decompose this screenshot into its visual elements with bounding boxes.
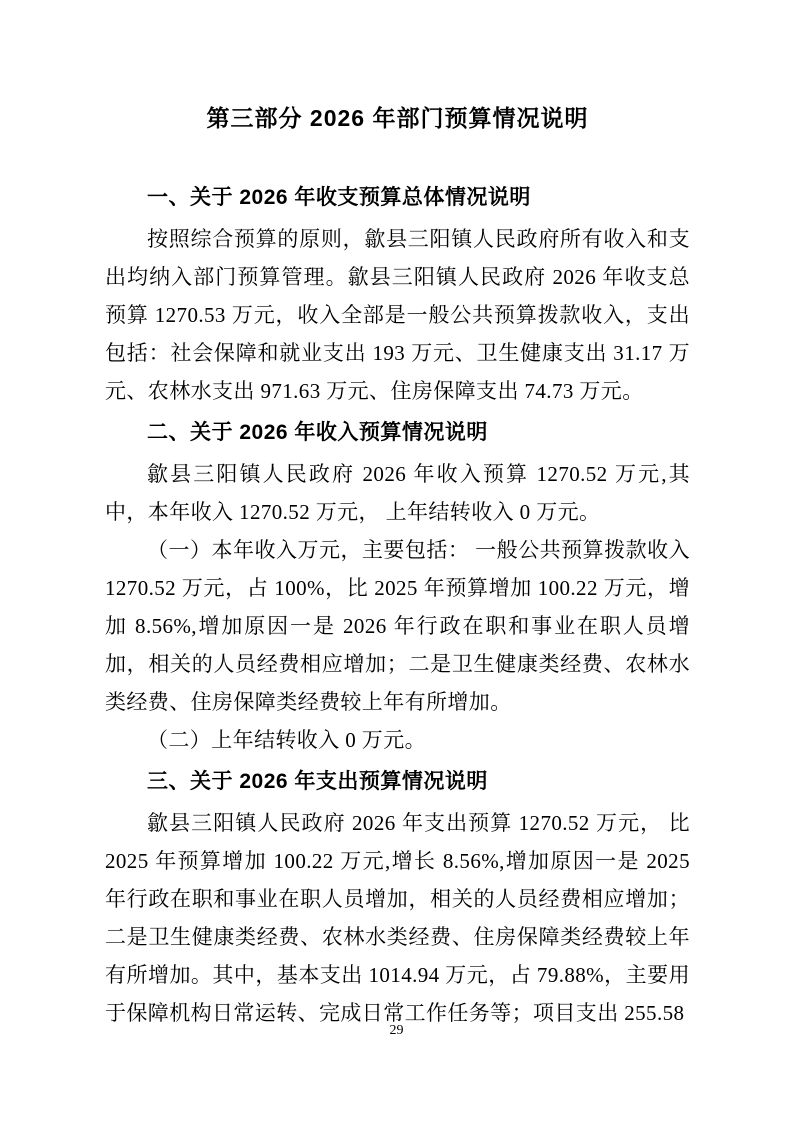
paragraph-income-carryover: （二）上年结转收入 0 万元。	[105, 721, 690, 759]
section-heading-overall: 一、关于 2026 年收支预算总体情况说明	[105, 179, 690, 217]
page-title: 第三部分 2026 年部门预算情况说明	[105, 99, 690, 137]
section-income-budget: 二、关于 2026 年收入预算情况说明 歙县三阳镇人民政府 2026 年收入预算…	[105, 414, 690, 759]
paragraph-income-total: 歙县三阳镇人民政府 2026 年收入预算 1270.52 万元,其中，本年收入 …	[105, 455, 690, 531]
document-page: 第三部分 2026 年部门预算情况说明 一、关于 2026 年收支预算总体情况说…	[0, 0, 793, 1122]
paragraph-overall-budget: 按照综合预算的原则，歙县三阳镇人民政府所有收入和支出均纳入部门预算管理。歙县三阳…	[105, 220, 690, 410]
paragraph-expenditure-total: 歙县三阳镇人民政府 2026 年支出预算 1270.52 万元， 比 2025 …	[105, 804, 690, 1032]
section-heading-expenditure: 三、关于 2026 年支出预算情况说明	[105, 763, 690, 801]
section-overall-budget: 一、关于 2026 年收支预算总体情况说明 按照综合预算的原则，歙县三阳镇人民政…	[105, 179, 690, 410]
section-expenditure-budget: 三、关于 2026 年支出预算情况说明 歙县三阳镇人民政府 2026 年支出预算…	[105, 763, 690, 1032]
page-number: 29	[0, 1022, 793, 1040]
section-heading-income: 二、关于 2026 年收入预算情况说明	[105, 414, 690, 452]
paragraph-income-current-year: （一）本年收入万元，主要包括： 一般公共预算拨款收入 1270.52 万元，占 …	[105, 531, 690, 721]
